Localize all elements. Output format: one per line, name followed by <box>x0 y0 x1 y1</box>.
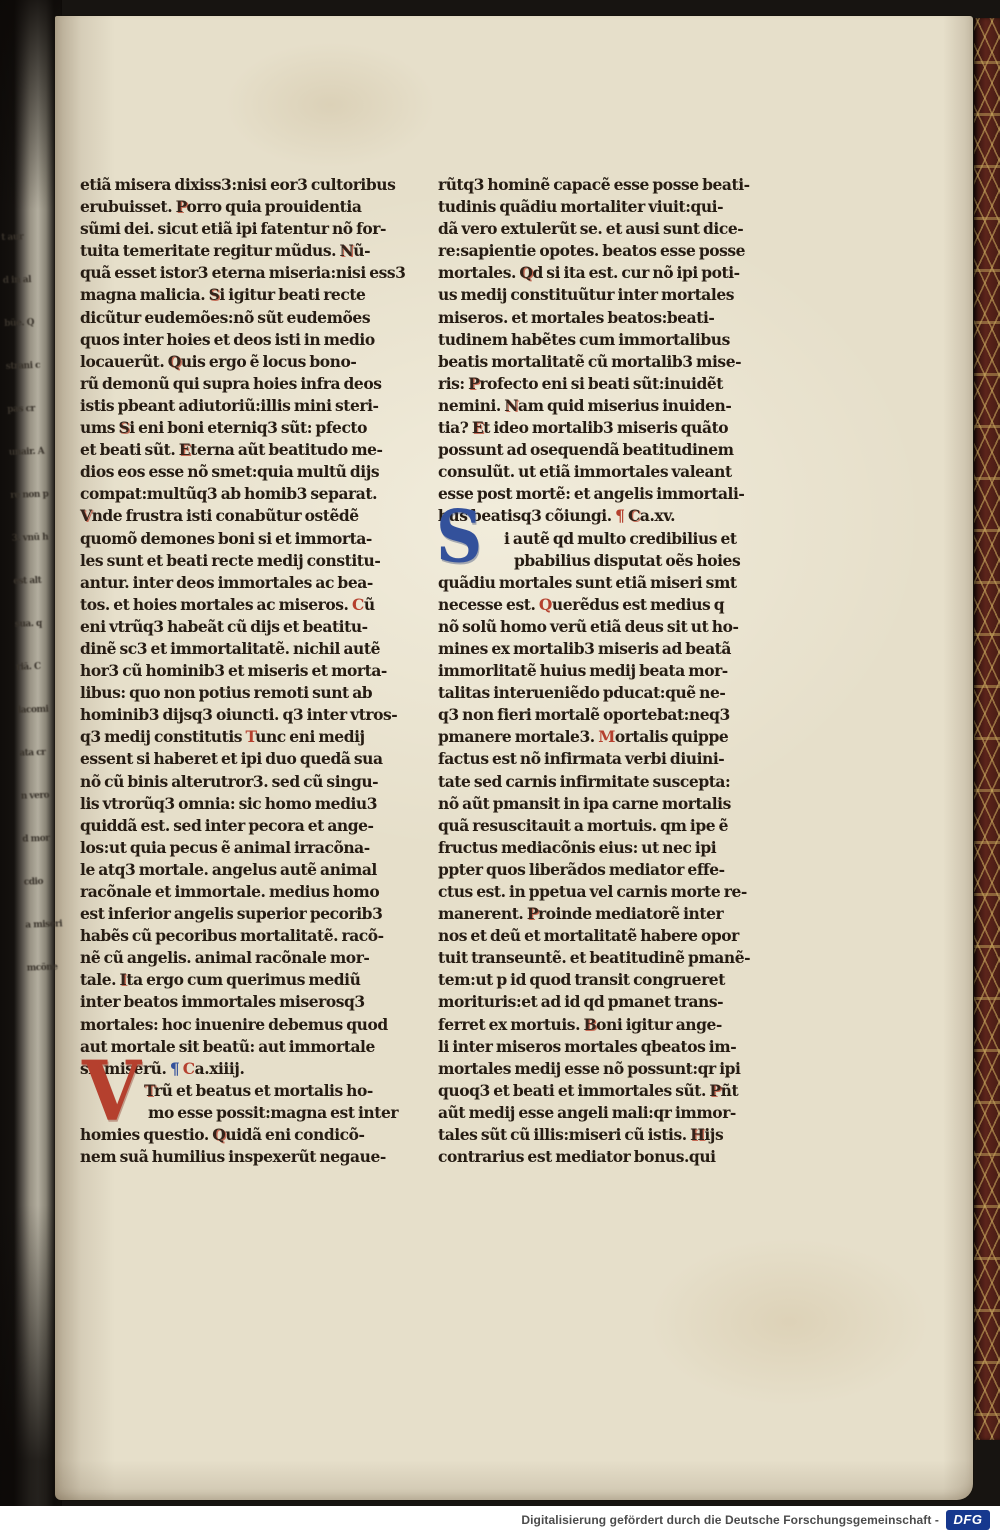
spine-text-fragment: riã. C <box>16 661 58 672</box>
text-line: quã esset istor3 eterna miseria:nisi ess… <box>80 262 414 284</box>
text-segment: ortalis quippe <box>615 727 728 746</box>
text-segment: factus est nõ infirmata verbi diuini- <box>438 749 724 768</box>
text-line: tuit transeuntẽ. et beatitudinẽ pmanẽ- <box>438 947 772 969</box>
text-segment: ũ- <box>353 241 370 260</box>
text-line: nõ solũ homo verũ etiã deus sit ut ho- <box>438 616 772 638</box>
blue-initial-S: S <box>436 509 482 568</box>
text-line: fructus mediacõnis eius: ut nec ipi <box>438 837 772 859</box>
spine-text-fragment: mcõne <box>27 962 69 973</box>
text-line: habẽs cũ pecoribus mortalitatẽ. racõ- <box>80 925 414 947</box>
text-line: erubuisset. Porro quia prouidentia <box>80 196 414 218</box>
text-segment: mortales: hoc inuenire debemus quod <box>80 1015 388 1034</box>
text-segment: essent si haberet et ipi duo quedã sua <box>80 749 383 768</box>
text-segment: dã vero extulerũt se. et ausi sunt dice- <box>438 219 743 238</box>
digitized-book-photo: t aurd in albũe. Qstrani cpas crunair. A… <box>0 0 1000 1533</box>
text-segment: contrarius est mediator bonus.qui <box>438 1147 716 1166</box>
text-line: i autẽ qd multo credibilius et <box>438 528 772 550</box>
text-line: lis vtrorũq3 omnia: sic homo mediu3 <box>80 793 414 815</box>
text-segment: tate sed carnis infirmitate suscepta: <box>438 772 730 791</box>
text-segment: P <box>527 904 538 923</box>
text-segment: N <box>504 396 518 415</box>
text-line: us medij constituũtur inter mortales <box>438 284 772 306</box>
spine-text-fragment: pas cr <box>7 403 49 414</box>
text-segment: pmanere mortale3. <box>438 727 598 746</box>
text-line: Vnde frustra isti conabũtur ostẽdẽ <box>80 505 414 527</box>
text-segment: nos et deũ et mortalitatẽ habere opor <box>438 926 739 945</box>
manuscript-page: etiã misera dixiss3:nisi eor3 cultoribus… <box>55 16 973 1500</box>
text-line: libus: quo non potius remoti sunt ab <box>80 682 414 704</box>
text-segment: a.xv. <box>640 506 675 525</box>
rubricated-letter: ¶ <box>615 506 624 525</box>
text-line: nõ cũ binis alterutror3. sed cũ singu- <box>80 771 414 793</box>
text-segment: etiã misera dixiss3:nisi eor3 cultoribus <box>80 175 395 194</box>
text-segment: mortales medij esse nõ possunt:qr ipi <box>438 1059 740 1078</box>
text-line: hominib3 dijsq3 oiuncti. q3 inter vtros- <box>80 704 414 726</box>
text-segment: les sunt et beati recte medij constitu- <box>80 551 380 570</box>
text-line: li inter miseros mortales qbeatos im- <box>438 1036 772 1058</box>
spine-text-fragment: bũe. Q <box>4 318 46 329</box>
text-segment: dinẽ sc3 et immortalitatẽ. nichil autẽ <box>80 639 380 658</box>
text-segment: rũ demonũ qui supra hoies infra deos <box>80 374 382 393</box>
text-line: essent si haberet et ipi duo quedã sua <box>80 748 414 770</box>
spine-text-fragment: 3. vnũ h <box>12 532 54 543</box>
text-segment: tem:ut p id quod transit congrueret <box>438 970 725 989</box>
text-segment: ta ergo cum querimus mediũ <box>126 970 360 989</box>
text-segment: nem suã humilius inspexerũt negaue- <box>80 1147 386 1166</box>
text-line: re:sapientie opotes. beatos esse posse <box>438 240 772 262</box>
text-line: mortales medij esse nõ possunt:qr ipi <box>438 1058 772 1080</box>
text-segment: hominib3 dijsq3 oiuncti. q3 inter vtros- <box>80 705 397 724</box>
text-segment: et beati sũt. <box>80 440 179 459</box>
text-segment: ijs <box>704 1125 723 1144</box>
text-line: quos inter hoies et deos isti in medio <box>80 329 414 351</box>
text-segment: nemini. <box>438 396 504 415</box>
text-segment: tuit transeuntẽ. et beatitudinẽ pmanẽ- <box>438 948 750 967</box>
text-segment: miseros. et mortales beatos:beati- <box>438 308 714 327</box>
text-segment: nde frustra isti conabũtur ostẽdẽ <box>92 506 359 525</box>
text-line: tia? Et ideo mortalib3 miseris quãto <box>438 417 772 439</box>
text-line: miseros. et mortales beatos:beati- <box>438 307 772 329</box>
text-segment: quã esset istor3 eterna miseria:nisi ess… <box>80 263 406 282</box>
text-segment: antur. inter deos immortales ac bea- <box>80 573 373 592</box>
text-segment: consulũt. ut etiã immortales valeant <box>438 462 732 481</box>
text-segment: mortales. <box>438 263 519 282</box>
text-segment: uis ergo ẽ locus bono- <box>181 352 357 371</box>
text-segment: P <box>176 197 187 216</box>
text-line: immorlitatẽ huius medij beata mor- <box>438 660 772 682</box>
text-segment: ferret ex mortuis. <box>438 1015 583 1034</box>
rubricated-letter: Q <box>539 595 552 614</box>
text-segment: erubuisset. <box>80 197 176 216</box>
text-line: quãdiu mortales sunt etiã miseri smt <box>438 572 772 594</box>
text-segment: hor3 cũ hominib3 et miseris et morta- <box>80 661 387 680</box>
text-segment: q3 non fieri mortalẽ oportebat:neq3 <box>438 705 730 724</box>
text-segment: terna aũt beatitudo me- <box>190 440 382 459</box>
text-segment: nõ cũ binis alterutror3. sed cũ singu- <box>80 772 378 791</box>
spine-text-fragment: unair. A <box>9 446 51 457</box>
text-segment: habẽs cũ pecoribus mortalitatẽ. racõ- <box>80 926 384 945</box>
text-line: est inferior angelis superior pecorib3 <box>80 903 414 925</box>
text-line: inter beatos immortales miserosq3 <box>80 991 414 1013</box>
text-line: rũ demonũ qui supra hoies infra deos <box>80 373 414 395</box>
text-segment: istis pbeant adiutoriũ:illis mini steri- <box>80 396 379 415</box>
text-line: nẽ cũ angelis. animal racõnale mor- <box>80 947 414 969</box>
rubricated-letter: C <box>352 595 364 614</box>
text-segment: sũmi dei. sicut etiã ipi fatentur nõ for… <box>80 219 386 238</box>
text-line: necesse est. Querẽdus est medius q <box>438 594 772 616</box>
text-line: q3 medij constitutis Tunc eni medij <box>80 726 414 748</box>
text-line: quoq3 et beati et immortales sũt. Pñt <box>438 1080 772 1102</box>
text-line: rũtq3 hominẽ capacẽ esse posse beati- <box>438 174 772 196</box>
text-line: sũmi dei. sicut etiã ipi fatentur nõ for… <box>80 218 414 240</box>
text-line: possunt ad osequendã beatitudinem <box>438 439 772 461</box>
text-line: compat:multũq3 ab homib3 separat. <box>80 483 414 505</box>
text-segment: quoq3 et beati et immortales sũt. <box>438 1081 709 1100</box>
text-segment: tos. et hoies mortales ac miseros. <box>80 595 352 614</box>
text-segment: H <box>690 1125 704 1144</box>
text-line: quiddã est. sed inter pecora et ange- <box>80 815 414 837</box>
text-segment: locauerũt. <box>80 352 168 371</box>
text-segment: ñt <box>721 1081 739 1100</box>
text-line: ris: Profecto eni si beati sũt:inuidẽt <box>438 373 772 395</box>
rubricated-letter: C <box>183 1059 195 1078</box>
text-line: tales sũt cũ illis:miseri cũ istis. Hijs <box>438 1124 772 1146</box>
text-line: ppter quos liberãdos mediator effe- <box>438 859 772 881</box>
rubricated-letter: M <box>598 727 615 746</box>
text-segment: tia? <box>438 418 472 437</box>
text-segment: lis vtrorũq3 omnia: sic homo mediu3 <box>80 794 377 813</box>
text-line: los:ut quia pecus ẽ animal irracõna- <box>80 837 414 859</box>
text-line: hor3 cũ hominib3 et miseris et morta- <box>80 660 414 682</box>
text-segment: rofecto eni si beati sũt:inuidẽt <box>479 374 723 393</box>
text-segment: inter beatos immortales miserosq3 <box>80 992 365 1011</box>
text-segment: P <box>709 1081 720 1100</box>
text-segment: eni vtrũq3 habeãt cũ dijs et beatitu- <box>80 617 368 636</box>
text-line: aũt medij esse angeli mali:qr immor- <box>438 1102 772 1124</box>
text-line: manerent. Proinde mediatorẽ inter <box>438 903 772 925</box>
text-line: tuita temeritate regitur mũdus. Nũ- <box>80 240 414 262</box>
text-segment: tale. <box>80 970 120 989</box>
text-line: tale. Ita ergo cum querimus mediũ <box>80 969 414 991</box>
text-line: et beati sũt. Eterna aũt beatitudo me- <box>80 439 414 461</box>
spine-text-fragment: sua. q <box>15 618 57 629</box>
text-line: les sunt et beati recte medij constitu- <box>80 550 414 572</box>
text-segment: q3 medij constitutis <box>80 727 245 746</box>
text-segment: tuita temeritate regitur mũdus. <box>80 241 340 260</box>
text-segment: morituris:et ad id qd pmanet trans- <box>438 992 723 1011</box>
text-segment: E <box>179 440 190 459</box>
spine-text-fragment: a miseri <box>25 919 67 930</box>
text-segment: tudinis quãdiu mortaliter viuit:qui- <box>438 197 723 216</box>
text-line: dios eos esse nõ smet:quia multũ dijs <box>80 461 414 483</box>
text-segment: t ideo mortalib3 miseris quãto <box>483 418 728 437</box>
text-line: ctus est. in ppetua vel carnis morte re- <box>438 881 772 903</box>
text-segment: necesse est. <box>438 595 539 614</box>
text-segment: libus: quo non potius remoti sunt ab <box>80 683 372 702</box>
text-segment: mo esse possit:magna est inter <box>148 1103 398 1122</box>
text-segment: quãdiu mortales sunt etiã miseri smt <box>438 573 737 592</box>
text-segment: E <box>472 418 483 437</box>
text-segment: quã resuscitauit a mortuis. qm ipe ẽ <box>438 816 728 835</box>
text-segment: pbabilius disputat oẽs hoies <box>514 551 740 570</box>
text-line: talitas interueniẽdo pducat:quẽ ne- <box>438 682 772 704</box>
text-line: tos. et hoies mortales ac miseros. Cũ <box>80 594 414 616</box>
text-segment: a.xiiij. <box>195 1059 245 1078</box>
text-line: ums Si eni boni eterniq3 sũt: pfecto <box>80 417 414 439</box>
red-initial-V: V <box>82 1059 141 1126</box>
text-line: quã resuscitauit a mortuis. qm ipe ẽ <box>438 815 772 837</box>
text-segment: compat:multũq3 ab homib3 separat. <box>80 484 377 503</box>
spine-text-fragment: d in al <box>3 275 45 286</box>
text-segment: unc eni medij <box>255 727 365 746</box>
text-segment: S <box>119 418 130 437</box>
text-line: bus beatisq3 cõiungi. ¶ Ca.xv. <box>438 505 772 527</box>
credit-text: Digitalisierung gefördert durch die Deut… <box>521 1513 939 1527</box>
spine-text-fragment: strani c <box>6 360 48 371</box>
text-line: esse post mortẽ: et angelis immortali- <box>438 483 772 505</box>
text-segment: racõnale et immortale. medius homo <box>80 882 379 901</box>
text-segment: Q <box>168 352 181 371</box>
text-segment: est inferior angelis superior pecorib3 <box>80 904 382 923</box>
text-segment: am quid miserius inuiden- <box>518 396 731 415</box>
text-line: tudinis quãdiu mortaliter viuit:qui- <box>438 196 772 218</box>
text-line: istis pbeant adiutoriũ:illis mini steri- <box>80 395 414 417</box>
text-segment: li inter miseros mortales qbeatos im- <box>438 1037 736 1056</box>
text-line: tudinem habẽtes cum immortalibus <box>438 329 772 351</box>
text-line: antur. inter deos immortales ac bea- <box>80 572 414 594</box>
text-line: factus est nõ infirmata verbi diuini- <box>438 748 772 770</box>
text-segment: i autẽ qd multo credibilius et <box>504 529 737 548</box>
text-line: mortales: hoc inuenire debemus quod <box>80 1014 414 1036</box>
text-segment: talitas interueniẽdo pducat:quẽ ne- <box>438 683 725 702</box>
text-line: locauerũt. Quis ergo ẽ locus bono- <box>80 351 414 373</box>
text-segment: S <box>209 285 220 304</box>
spine-text-fragment: est alt <box>13 575 55 586</box>
text-segment: orro quia prouidentia <box>186 197 361 216</box>
text-segment: i eni boni eterniq3 sũt: pfecto <box>129 418 367 437</box>
text-line: contrarius est mediator bonus.qui <box>438 1146 772 1168</box>
text-line: dã vero extulerũt se. et ausi sunt dice- <box>438 218 772 240</box>
text-line: ferret ex mortuis. Boni igitur ange- <box>438 1014 772 1036</box>
text-line: racõnale et immortale. medius homo <box>80 881 414 903</box>
book-spine-edge: t aurd in albũe. Qstrani cpas crunair. A… <box>0 0 62 1506</box>
text-segment: quos inter hoies et deos isti in medio <box>80 330 375 349</box>
text-segment: us medij constituũtur inter mortales <box>438 285 734 304</box>
text-segment: fructus mediacõnis eius: ut nec ipi <box>438 838 716 857</box>
text-line: pbabilius disputat oẽs hoies <box>438 550 772 572</box>
text-line: le atq3 mortale. angelus autẽ animal <box>80 859 414 881</box>
spine-text-fragment: ata cr <box>19 747 61 758</box>
text-segment: tales sũt cũ illis:miseri cũ istis. <box>438 1125 690 1144</box>
text-line: tem:ut p id quod transit congrueret <box>438 969 772 991</box>
text-segment: possunt ad osequendã beatitudinem <box>438 440 734 459</box>
text-line: tate sed carnis infirmitate suscepta: <box>438 771 772 793</box>
text-segment: manerent. <box>438 904 527 923</box>
text-segment: nõ solũ homo verũ etiã deus sit ut ho- <box>438 617 738 636</box>
digitization-credit-bar: Digitalisierung gefördert durch die Deut… <box>0 1506 1000 1533</box>
text-line: q3 non fieri mortalẽ oportebat:neq3 <box>438 704 772 726</box>
spine-text-fragment: re non p <box>10 489 52 500</box>
dfg-logo: DFG <box>946 1510 990 1530</box>
text-segment: T <box>144 1081 154 1100</box>
text-segment: beatis mortalitatẽ cũ mortalib3 mise- <box>438 352 741 371</box>
text-column-left: etiã misera dixiss3:nisi eor3 cultoribus… <box>80 174 414 1168</box>
text-segment: re:sapientie opotes. beatos esse posse <box>438 241 745 260</box>
text-line: etiã misera dixiss3:nisi eor3 cultoribus <box>80 174 414 196</box>
text-line: nem suã humilius inspexerũt negaue- <box>80 1146 414 1168</box>
text-segment: B <box>583 1015 596 1034</box>
text-segment: le atq3 mortale. angelus autẽ animal <box>80 860 377 879</box>
text-line: nos et deũ et mortalitatẽ habere opor <box>438 925 772 947</box>
text-line: pmanere mortale3. Mortalis quippe <box>438 726 772 748</box>
text-segment: dios eos esse nõ smet:quia multũ dijs <box>80 462 379 481</box>
text-segment: nẽ cũ angelis. animal racõnale mor- <box>80 948 369 967</box>
text-segment: ctus est. in ppetua vel carnis morte re- <box>438 882 747 901</box>
text-line: morituris:et ad id qd pmanet trans- <box>438 991 772 1013</box>
text-segment: P <box>468 374 479 393</box>
text-segment: tudinem habẽtes cum immortalibus <box>438 330 730 349</box>
text-segment: V <box>80 506 92 525</box>
text-segment: Q <box>519 263 532 282</box>
spine-text-fragment: lacomi <box>18 704 60 715</box>
text-line: nõ aũt pmansit in ipa carne mortalis <box>438 793 772 815</box>
text-segment: ums <box>80 418 119 437</box>
text-segment: aũt medij esse angeli mali:qr immor- <box>438 1103 736 1122</box>
text-segment: uidã eni condicõ- <box>225 1125 364 1144</box>
text-segment: rũ et beatus et mortalis ho- <box>154 1081 373 1100</box>
rubricated-letter: ¶ <box>170 1059 179 1078</box>
spine-text-fragment: t aur <box>1 232 43 243</box>
text-line: quomõ demones boni si et immorta- <box>80 528 414 550</box>
text-line: dinẽ sc3 et immortalitatẽ. nichil autẽ <box>80 638 414 660</box>
text-segment: ũ <box>364 595 375 614</box>
spine-text-fragment: d mor <box>22 833 64 844</box>
text-line: mines ex mortalib3 miseris ad beatã <box>438 638 772 660</box>
text-column-right: rũtq3 hominẽ capacẽ esse posse beati-tud… <box>438 174 772 1168</box>
text-line: consulũt. ut etiã immortales valeant <box>438 461 772 483</box>
text-segment: C <box>628 506 640 525</box>
text-line: dicũtur eudemões:nõ sũt eudemões <box>80 307 414 329</box>
text-segment: roinde mediatorẽ inter <box>538 904 723 923</box>
text-segment: quiddã est. sed inter pecora et ange- <box>80 816 374 835</box>
text-line: beatis mortalitatẽ cũ mortalib3 mise- <box>438 351 772 373</box>
text-segment: rũtq3 hominẽ capacẽ esse posse beati- <box>438 175 750 194</box>
book-cover-gold-tooling-edge <box>974 18 1000 1440</box>
text-segment: ppter quos liberãdos mediator effe- <box>438 860 725 879</box>
text-segment: magna malicia. <box>80 285 209 304</box>
text-segment: d si ita est. cur nõ ipi poti- <box>532 263 739 282</box>
text-segment: immorlitatẽ huius medij beata mor- <box>438 661 728 680</box>
text-segment: quomõ demones boni si et immorta- <box>80 529 372 548</box>
text-segment: Q <box>212 1125 225 1144</box>
spine-text-fragment: cdio <box>24 876 66 887</box>
text-line: eni vtrũq3 habeãt cũ dijs et beatitu- <box>80 616 414 638</box>
text-segment: ris: <box>438 374 468 393</box>
text-line: nemini. Nam quid miserius inuiden- <box>438 395 772 417</box>
text-segment: i igitur beati recte <box>219 285 365 304</box>
text-segment: esse post mortẽ: et angelis immortali- <box>438 484 744 503</box>
text-segment: mines ex mortalib3 miseris ad beatã <box>438 639 731 658</box>
spine-text-fragment: n vero <box>21 790 63 801</box>
text-segment: uerẽdus est medius q <box>552 595 724 614</box>
text-segment: oni igitur ange- <box>596 1015 722 1034</box>
text-segment: los:ut quia pecus ẽ animal irracõna- <box>80 838 370 857</box>
text-segment: N <box>340 241 354 260</box>
text-line: magna malicia. Si igitur beati recte <box>80 284 414 306</box>
rubricated-letter: T <box>245 727 255 746</box>
text-line: mortales. Qd si ita est. cur nõ ipi poti… <box>438 262 772 284</box>
text-segment: dicũtur eudemões:nõ sũt eudemões <box>80 308 370 327</box>
text-segment: nõ aũt pmansit in ipa carne mortalis <box>438 794 731 813</box>
